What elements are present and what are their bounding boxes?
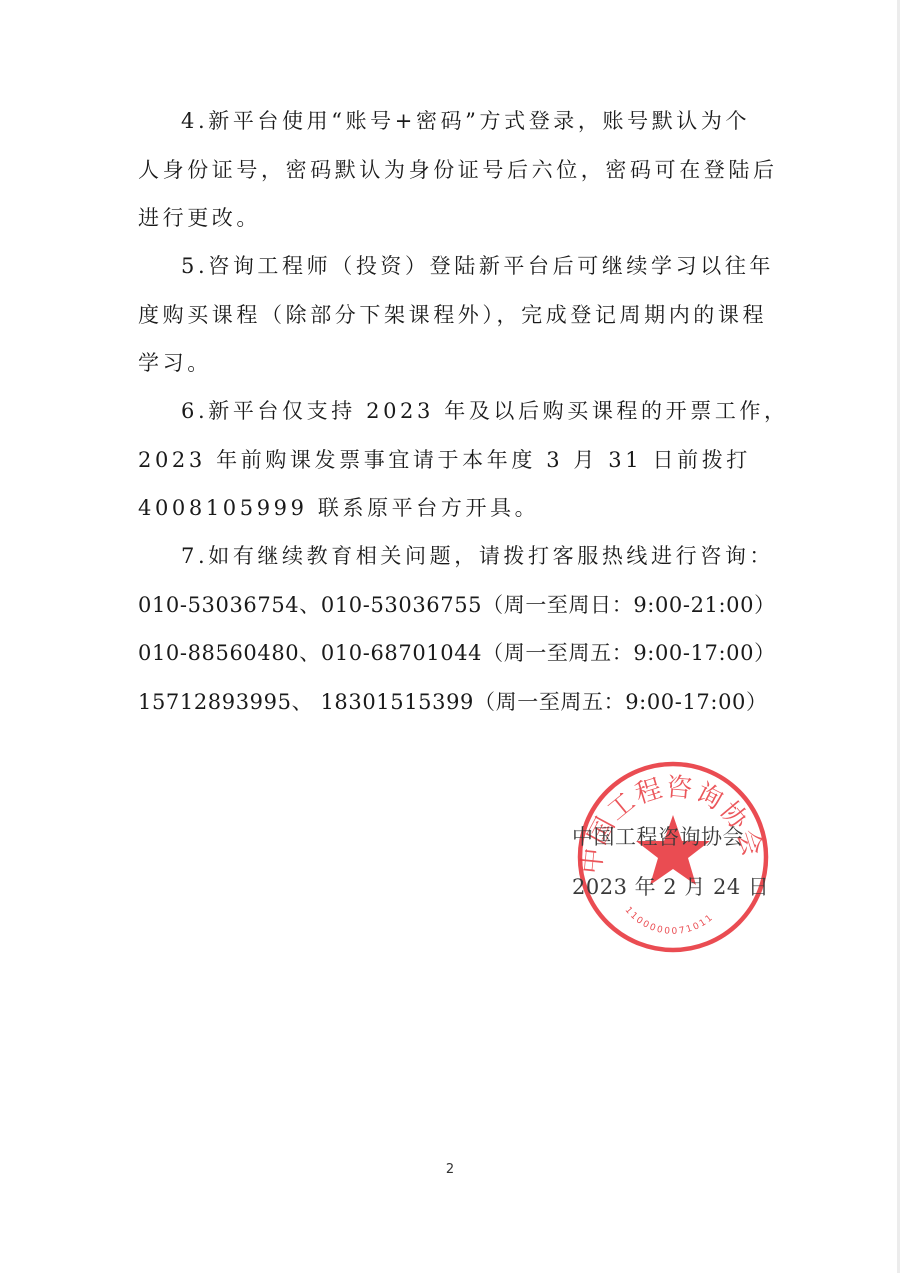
item-4-line-3: 进行更改。: [138, 194, 764, 243]
hotline-line-1: 010-53036754、010-53036755（周一至周日：9:00-21:…: [138, 581, 764, 630]
item-4-line-1: 4.新平台使用“账号+密码”方式登录，账号默认为个: [138, 97, 764, 146]
item-6: 6.新平台仅支持 2023 年及以后购买课程的开票工作， 2023 年前购课发票…: [138, 387, 764, 533]
hotline-line-2: 010-88560480、010-68701044（周一至周五：9:00-17:…: [138, 629, 764, 678]
item-5-line-2: 度购买课程（除部分下架课程外），完成登记周期内的课程: [138, 291, 764, 340]
item-6-line-2: 2023 年前购课发票事宜请于本年度 3 月 31 日前拨打: [138, 436, 764, 485]
document-page: 4.新平台使用“账号+密码”方式登录，账号默认为个 人身份证号，密码默认为身份证…: [0, 0, 900, 1273]
item-4-line-2: 人身份证号，密码默认为身份证号后六位，密码可在登陆后: [138, 146, 764, 195]
item-7-line-1: 7.如有继续教育相关问题，请拨打客服热线进行咨询：: [138, 532, 764, 581]
item-5-line-1: 5.咨询工程师（投资）登陆新平台后可继续学习以往年: [138, 242, 764, 291]
signing-organization: 中国工程咨询协会: [572, 812, 772, 862]
item-7: 7.如有继续教育相关问题，请拨打客服热线进行咨询： 010-53036754、0…: [138, 532, 764, 726]
item-6-line-3: 4008105999 联系原平台方开具。: [138, 484, 764, 533]
item-4: 4.新平台使用“账号+密码”方式登录，账号默认为个 人身份证号，密码默认为身份证…: [138, 97, 764, 243]
item-5-line-3: 学习。: [138, 339, 764, 388]
signature-block: 中国工程咨询协会 2023 年 2 月 24 日: [572, 812, 772, 912]
hotline-line-3: 15712893995、 18301515399（周一至周五：9:00-17:0…: [138, 678, 764, 727]
page-number: 2: [440, 1162, 460, 1177]
item-6-line-1: 6.新平台仅支持 2023 年及以后购买课程的开票工作，: [138, 387, 764, 436]
signing-date: 2023 年 2 月 24 日: [572, 862, 772, 912]
item-5: 5.咨询工程师（投资）登陆新平台后可继续学习以往年 度购买课程（除部分下架课程外…: [138, 242, 764, 388]
